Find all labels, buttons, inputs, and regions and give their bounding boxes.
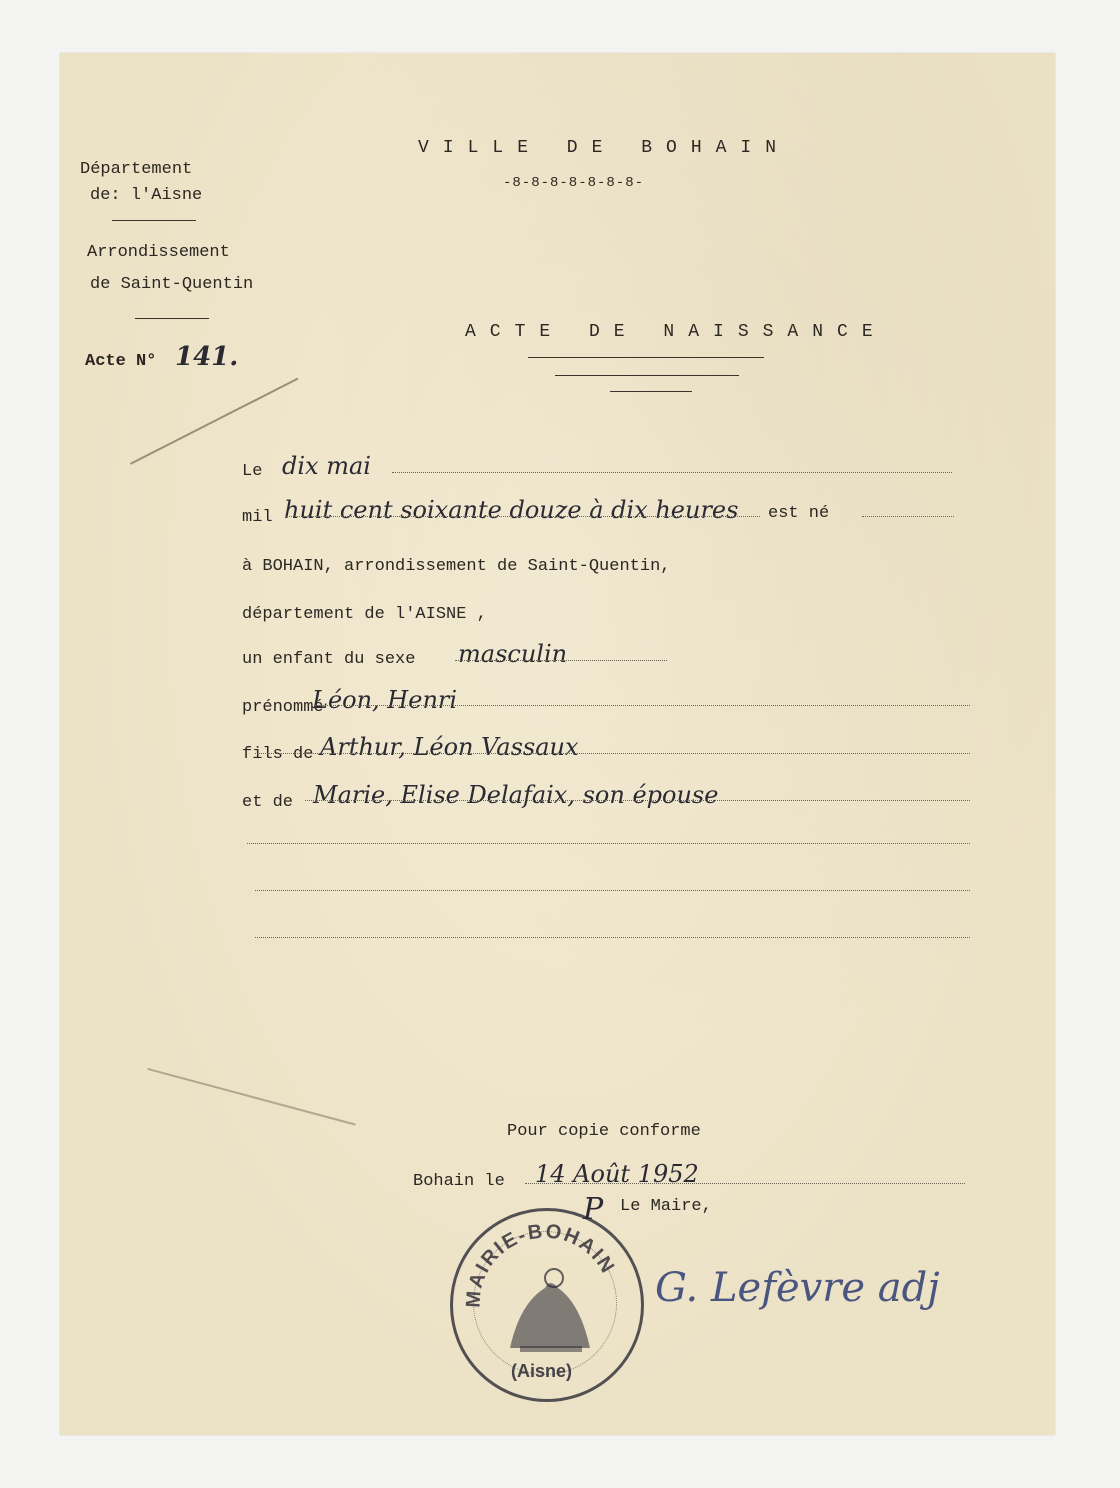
certification-text: Pour copie conforme [507, 1122, 701, 1141]
firstname-value: Léon, Henri [312, 686, 457, 714]
place-label: Bohain le [413, 1172, 505, 1191]
departement-value: de: l'Aisne [90, 186, 202, 205]
year-time-value: huit cent soixante douze à dix heures [284, 496, 738, 524]
ornament: -8-8-8-8-8-8-8- [503, 175, 644, 191]
fill-line [255, 937, 970, 938]
born-suffix: est né [768, 504, 829, 523]
mother-value: Marie, Elise Delafaix, son épouse [313, 781, 718, 809]
official-stamp: MAIRIE-BOHAIN (Aisne) [450, 1208, 644, 1402]
arrondissement-label: Arrondissement [87, 243, 230, 262]
father-label: fils de [242, 745, 313, 764]
divider [135, 318, 209, 319]
fill-line [862, 516, 954, 517]
fill-line [455, 660, 667, 661]
departement-line: département de l'AISNE , [242, 605, 487, 624]
birthplace-line: à BOHAIN, arrondissement de Saint-Quenti… [242, 557, 670, 576]
document-title: ACTE DE NAISSANCE [465, 322, 887, 342]
sex-label: un enfant du sexe [242, 650, 415, 669]
date-label: Le [242, 462, 262, 481]
fill-line [392, 472, 952, 473]
title-underline-1 [528, 357, 764, 358]
fill-line [286, 516, 760, 517]
town-title: VILLE DE BOHAIN [418, 138, 790, 158]
departement-label: Département [80, 160, 192, 179]
sex-value: masculin [458, 640, 567, 668]
arrondissement-value: de Saint-Quentin [90, 275, 253, 294]
fill-line [255, 753, 970, 754]
title-underline-3 [610, 391, 692, 392]
fill-line [255, 890, 970, 891]
acte-number: 141. [175, 342, 238, 372]
fill-line [247, 843, 970, 844]
date-value: dix mai [282, 452, 371, 480]
fill-line [305, 800, 970, 801]
year-label: mil [242, 508, 273, 527]
father-value: Arthur, Léon Vassaux [320, 733, 579, 761]
fill-line [525, 1183, 965, 1184]
mother-label: et de [242, 793, 293, 812]
divider [112, 220, 196, 221]
fill-line [315, 705, 970, 706]
acte-label: Acte N° [85, 352, 156, 371]
stamp-bottom-text: (Aisne) [511, 1361, 572, 1382]
signature: G. Lefèvre adj [655, 1265, 940, 1311]
title-underline-2 [555, 375, 739, 376]
